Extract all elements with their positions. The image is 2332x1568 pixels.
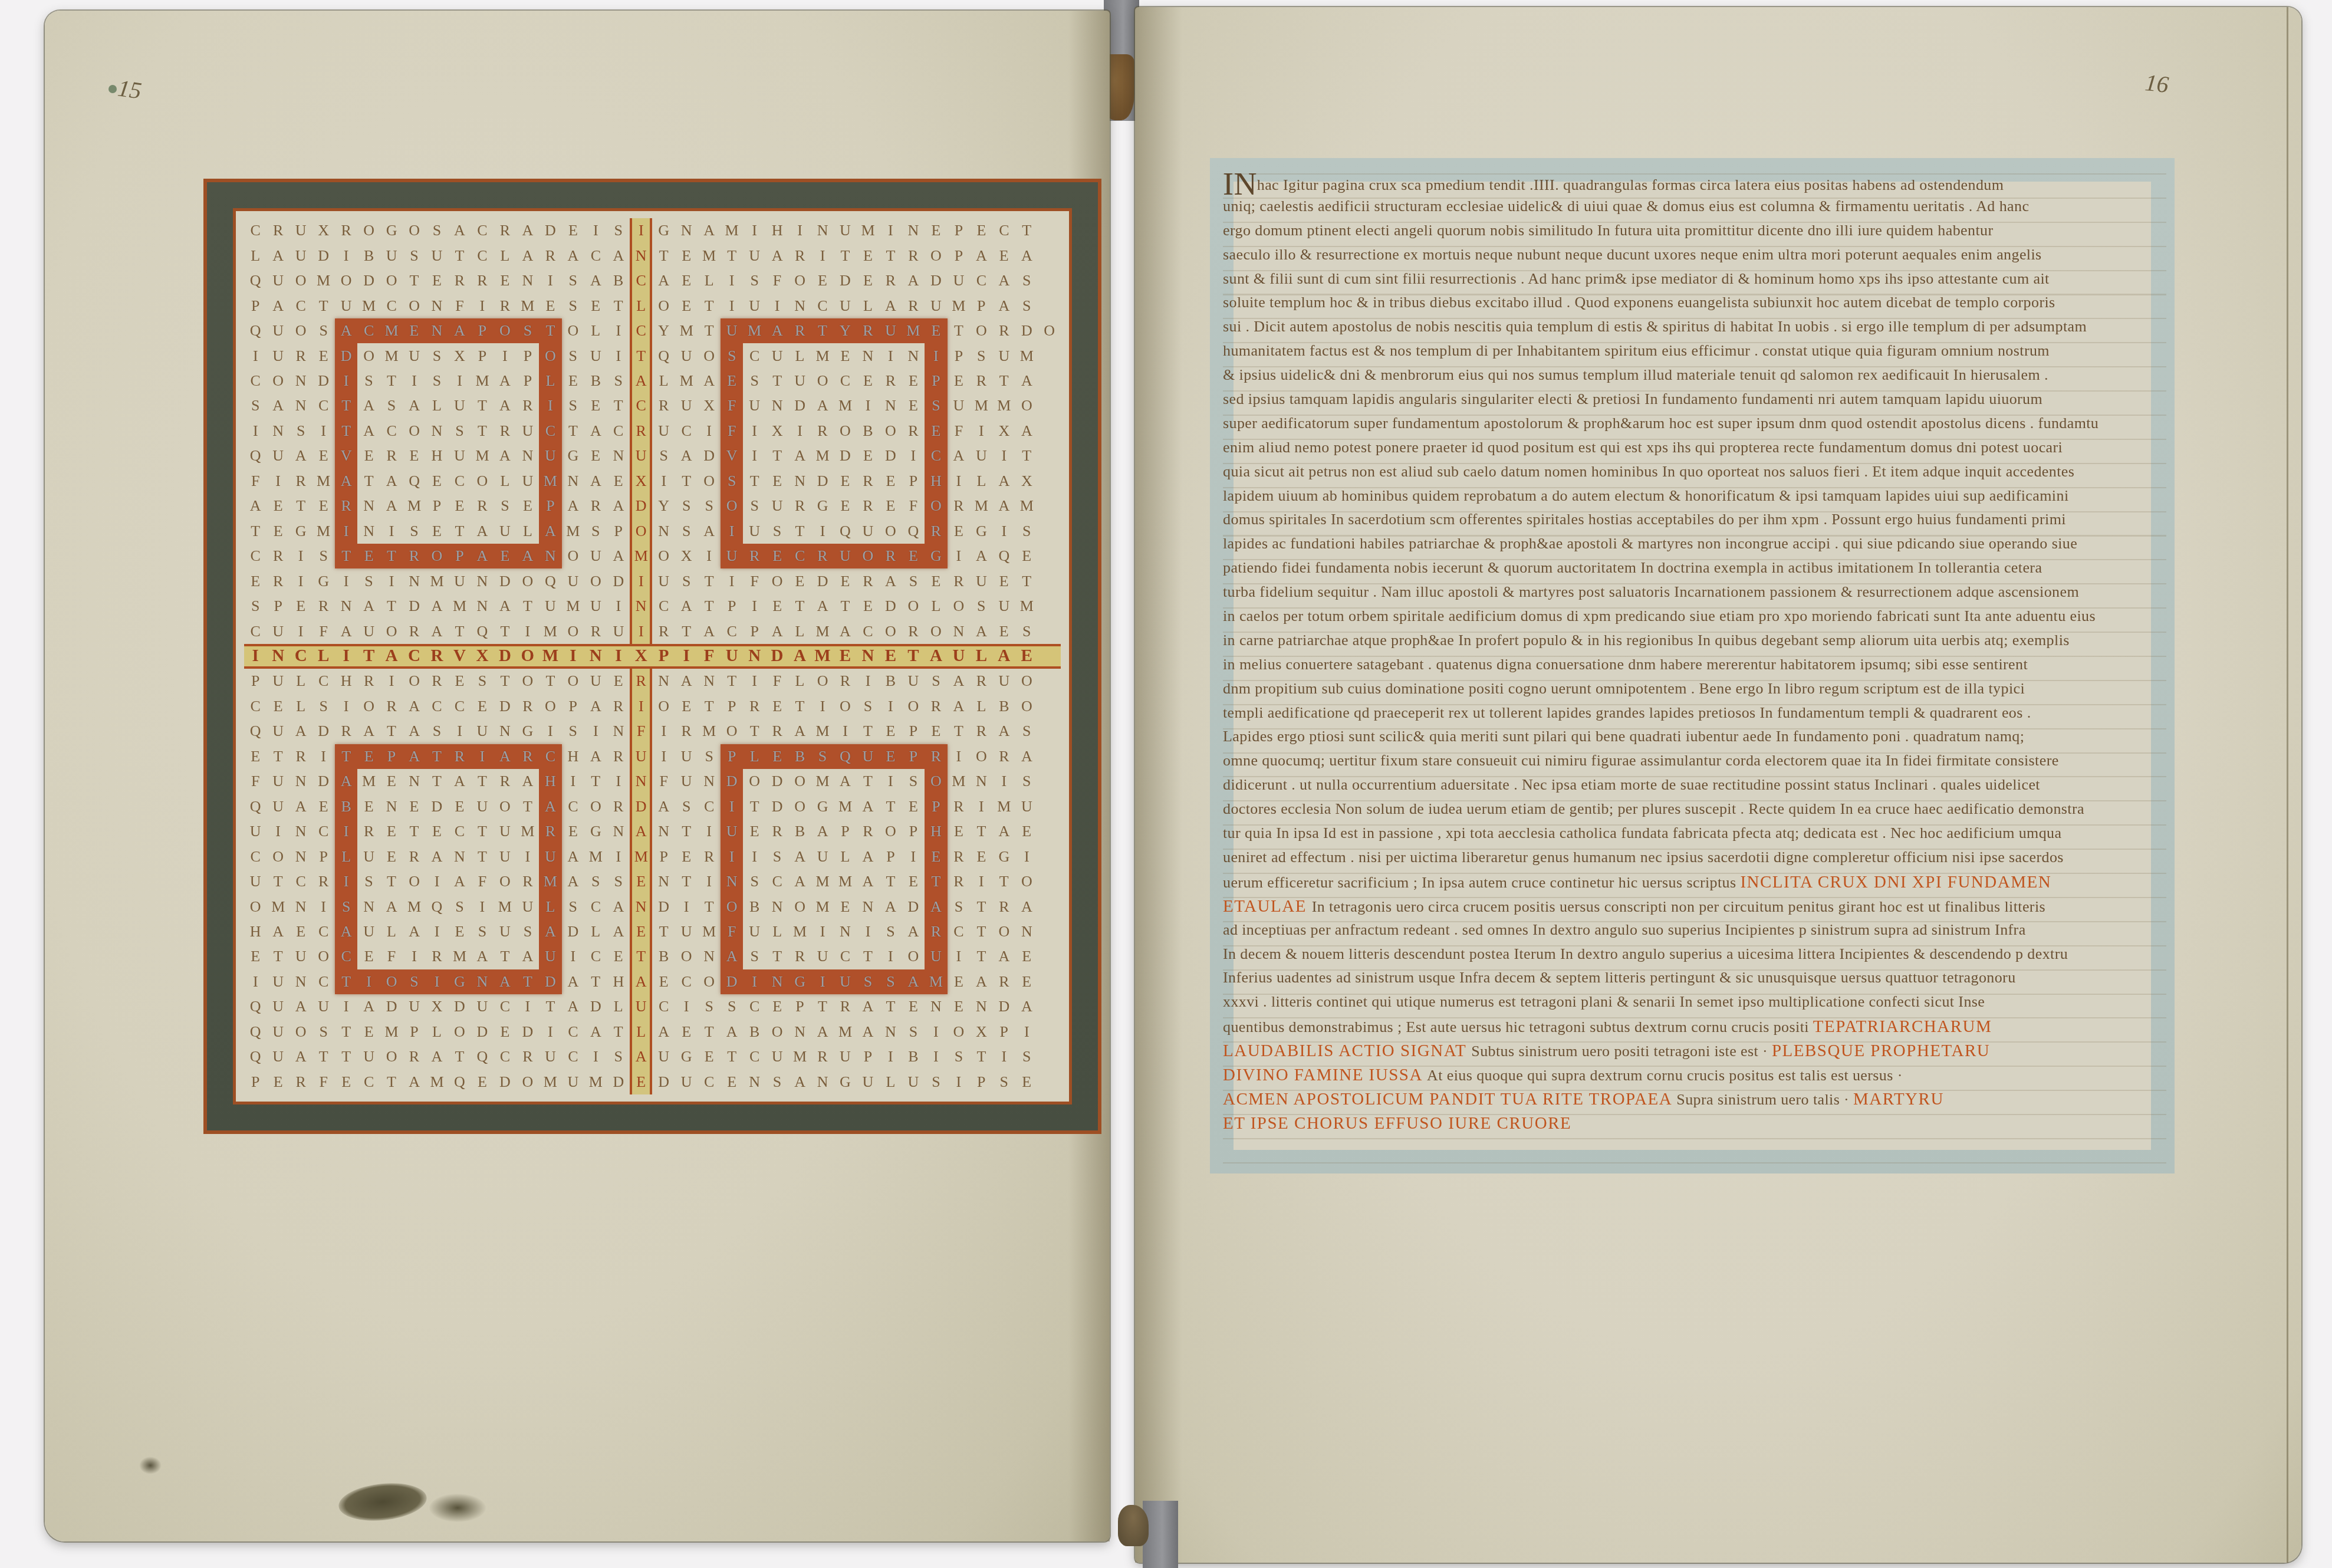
grid-cell: E xyxy=(948,994,970,1019)
grid-cell: S xyxy=(675,494,698,518)
grid-cell: M xyxy=(811,894,834,919)
grid-cell: S xyxy=(925,1070,947,1094)
grid-cell: R xyxy=(607,794,630,819)
grid-cell: U xyxy=(267,794,289,819)
grid-cell: L xyxy=(312,644,334,669)
text-segment: uerum efficeretur sacrificium ; In ipsa … xyxy=(1223,874,1740,891)
grid-cell: A xyxy=(403,393,425,418)
grid-cell: T xyxy=(471,844,494,869)
grid-cell: S xyxy=(766,518,788,543)
grid-cell: Q xyxy=(993,544,1015,568)
text-segment: In decem & nouem litteris descendunt pos… xyxy=(1223,945,2068,962)
grid-cell: A xyxy=(993,268,1015,293)
grid-cell: N xyxy=(426,318,448,343)
grid-cell: O xyxy=(879,819,902,844)
grid-cell: D xyxy=(312,243,334,268)
text-line: doctores ecclesia Non solum de iudea uer… xyxy=(1223,800,2166,824)
grid-cell: O xyxy=(698,969,720,994)
grid-cell: S xyxy=(562,894,584,919)
grid-cell: P xyxy=(426,494,448,518)
grid-cell: I xyxy=(539,393,561,418)
grid-cell: I xyxy=(335,994,357,1019)
grid-cell: T xyxy=(380,369,403,393)
grid-cell: U xyxy=(357,919,380,944)
grid-cell: A xyxy=(1015,369,1038,393)
text-line: patiendo fidei fundamenta nobis iecerunt… xyxy=(1223,559,2166,583)
grid-cell: D xyxy=(471,1020,494,1044)
grid-cell: R xyxy=(948,869,970,894)
grid-cell: G xyxy=(290,518,312,543)
grid-cell: H xyxy=(925,469,947,494)
grid-cell: E xyxy=(811,268,834,293)
grid-cell: L xyxy=(766,919,788,944)
grid-cell: I xyxy=(290,544,312,568)
folio-number-right: 16 xyxy=(2144,68,2170,98)
grid-cell: P xyxy=(948,218,970,243)
grid-cell: E xyxy=(584,293,607,318)
grid-cell: T xyxy=(426,744,448,769)
grid-cell: S xyxy=(403,969,425,994)
grid-cell: R xyxy=(834,669,856,693)
grid-cell: S xyxy=(426,218,448,243)
grid-cell: T xyxy=(721,1044,743,1069)
grid-cell: U xyxy=(766,1044,788,1069)
grid-cell: N xyxy=(448,844,471,869)
text-line: uerum efficeretur sacrificium ; In ipsa … xyxy=(1223,873,2166,897)
grid-cell: C xyxy=(834,369,856,393)
grid-cell: O xyxy=(834,419,856,443)
grid-cell: I xyxy=(721,844,743,869)
grid-cell: A xyxy=(448,769,471,794)
text-segment: At eius quoque qui supra dextrum cornu c… xyxy=(1427,1067,1903,1084)
grid-cell: A xyxy=(380,494,403,518)
grid-cell: T xyxy=(380,594,403,619)
text-line: In decem & nouem litteris descendunt pos… xyxy=(1223,945,2166,969)
grid-cell: T xyxy=(970,819,992,844)
grid-cell: T xyxy=(857,769,879,794)
grid-cell: F xyxy=(630,719,652,744)
grid-cell: N xyxy=(630,243,652,268)
grid-cell: I xyxy=(335,694,357,719)
grid-cell: D xyxy=(312,719,334,744)
grid-cell: A xyxy=(584,694,607,719)
grid-cell: R xyxy=(857,494,879,518)
grid-cell: E xyxy=(312,343,334,368)
grid-cell: S xyxy=(426,343,448,368)
grid-cell: S xyxy=(1015,293,1038,318)
grid-cell: A xyxy=(811,819,834,844)
grid-cell: O xyxy=(788,268,811,293)
grid-cell: R xyxy=(993,318,1015,343)
text-panel: INhac Igitur pagina crux sca pmedium ten… xyxy=(1210,158,2175,1173)
grid-cell: A xyxy=(539,518,561,543)
grid-cell: S xyxy=(357,369,380,393)
grid-cell: E xyxy=(902,994,925,1019)
grid-cell: S xyxy=(244,594,267,619)
grid-cell: U xyxy=(244,819,267,844)
grid-cell: O xyxy=(788,769,811,794)
grid-cell: A xyxy=(494,369,516,393)
grid-cell: Q xyxy=(471,1044,494,1069)
grid-cell: T xyxy=(494,669,516,693)
grid-cell: I xyxy=(698,819,720,844)
grid-cell: E xyxy=(630,919,652,944)
grid-cell: N xyxy=(290,969,312,994)
grid-cell: N xyxy=(584,644,607,669)
grid-cell: C xyxy=(244,544,267,568)
grid-cell: O xyxy=(539,343,561,368)
text-line: xxxvi . litteris continet qui utique num… xyxy=(1223,993,2166,1017)
grid-cell: D xyxy=(834,443,856,468)
grid-cell: C xyxy=(698,1070,720,1094)
grid-cell: R xyxy=(788,944,811,969)
grid-cell: L xyxy=(426,1020,448,1044)
grid-cell: E xyxy=(426,469,448,494)
grid-cell: D xyxy=(448,994,471,1019)
grid-cell: A xyxy=(539,794,561,819)
grid-cell: C xyxy=(380,293,403,318)
grid-cell: B xyxy=(902,1044,925,1069)
grid-cell: U xyxy=(267,268,289,293)
grid-cell: B xyxy=(788,819,811,844)
grid-cell: R xyxy=(970,669,992,693)
grid-cell: E xyxy=(834,894,856,919)
grid-cell: G xyxy=(811,794,834,819)
text-line: ET IPSE CHORUS EFFUSO IURE CRUORE xyxy=(1223,1114,2166,1138)
text-line: templi aedificatione qd praeceperit rex … xyxy=(1223,704,2166,728)
grid-cell: I xyxy=(721,293,743,318)
grid-cell xyxy=(1038,243,1061,268)
grid-cell: I xyxy=(652,469,675,494)
grid-cell: M xyxy=(1015,343,1038,368)
grid-cell: A xyxy=(607,544,630,568)
grid-cell: M xyxy=(471,369,494,393)
grid-cell: X xyxy=(675,544,698,568)
grid-cell: M xyxy=(970,494,992,518)
grid-cell: S xyxy=(562,393,584,418)
grid-cell: A xyxy=(698,518,720,543)
grid-cell: O xyxy=(584,794,607,819)
text-segment: ueniret ad effectum . nisi per uictima l… xyxy=(1223,849,2064,866)
grid-cell: U xyxy=(267,994,289,1019)
grid-cell: A xyxy=(290,794,312,819)
grid-cell: P xyxy=(970,293,992,318)
grid-cell: E xyxy=(448,794,471,819)
grid-cell: I xyxy=(312,744,334,769)
grid-cell: S xyxy=(244,393,267,418)
grid-cell: R xyxy=(403,544,425,568)
grid-cell: U xyxy=(834,544,856,568)
grid-cell: U xyxy=(675,919,698,944)
grid-cell: U xyxy=(743,393,765,418)
grid-cell: O xyxy=(380,268,403,293)
grid-cell: I xyxy=(925,343,947,368)
grid-cell: D xyxy=(426,794,448,819)
grid-cell: A xyxy=(607,894,630,919)
grid-cell: A xyxy=(788,869,811,894)
grid-cell: E xyxy=(857,243,879,268)
grid-cell: O xyxy=(426,544,448,568)
grid-cell: A xyxy=(993,944,1015,969)
grid-cell: O xyxy=(902,694,925,719)
grid-cell: T xyxy=(902,644,925,669)
grid-cell: P xyxy=(721,744,743,769)
grid-cell: O xyxy=(562,619,584,643)
grid-cell: R xyxy=(312,869,334,894)
grid-cell: O xyxy=(494,869,516,894)
text-segment: Subtus sinistrum uero positi tetragoni i… xyxy=(1471,1043,1772,1060)
grid-cell: A xyxy=(403,719,425,744)
grid-cell: D xyxy=(539,218,561,243)
grid-cell: A xyxy=(630,369,652,393)
grid-cell: O xyxy=(357,218,380,243)
grid-cell: R xyxy=(539,819,561,844)
grid-cell: P xyxy=(993,1020,1015,1044)
text-segment: lapidem uiuum ab hominibus quidem reprob… xyxy=(1223,487,2069,504)
grid-cell: T xyxy=(335,544,357,568)
grid-cell: M xyxy=(834,794,856,819)
grid-cell: I xyxy=(743,669,765,693)
grid-cell: E xyxy=(312,494,334,518)
grid-cell: F xyxy=(766,268,788,293)
grid-cell: U xyxy=(857,744,879,769)
grid-cell: M xyxy=(993,794,1015,819)
grid-cell: Q xyxy=(244,268,267,293)
grid-cell: M xyxy=(902,318,925,343)
grid-cell: I xyxy=(902,844,925,869)
grid-cell: P xyxy=(539,494,561,518)
grid-cell: M xyxy=(993,393,1015,418)
grid-cell: E xyxy=(834,568,856,593)
grid-cell: L xyxy=(970,469,992,494)
grid-cell: F xyxy=(766,669,788,693)
grid-cell: O xyxy=(357,343,380,368)
grid-cell: S xyxy=(721,994,743,1019)
grid-cell: S xyxy=(403,518,425,543)
grid-cell: S xyxy=(902,568,925,593)
grid-cell: E xyxy=(1015,544,1038,568)
grid-cell: A xyxy=(652,794,675,819)
grid-cell: T xyxy=(970,944,992,969)
grid-cell: R xyxy=(652,619,675,643)
grid-cell: O xyxy=(403,419,425,443)
grid-cell: U xyxy=(380,243,403,268)
grid-cell: R xyxy=(902,293,925,318)
grid-cell: I xyxy=(335,243,357,268)
grid-cell: G xyxy=(788,969,811,994)
grid-cell: E xyxy=(494,544,516,568)
grid-cell: U xyxy=(743,293,765,318)
text-line: Lapides ergo ptiosi sunt scilic& quia me… xyxy=(1223,728,2166,752)
grid-cell: T xyxy=(788,594,811,619)
text-segment: in melius conuertere satagebant . quaten… xyxy=(1223,656,2028,673)
grid-cell: U xyxy=(925,944,947,969)
grid-cell: N xyxy=(811,1070,834,1094)
text-segment: sed ipsius tamquam lapidis angularis sin… xyxy=(1223,390,2042,407)
grid-cell: S xyxy=(698,494,720,518)
grid-cell: E xyxy=(267,518,289,543)
grid-cell: I xyxy=(539,268,561,293)
grid-cell: C xyxy=(630,268,652,293)
grid-cell: P xyxy=(562,694,584,719)
grid-cell: T xyxy=(403,819,425,844)
grid-cell: A xyxy=(607,243,630,268)
grid-cell: C xyxy=(335,944,357,969)
grid-cell: C xyxy=(698,794,720,819)
grid-cell: U xyxy=(267,1044,289,1069)
grid-cell: P xyxy=(517,343,539,368)
grid-cell: U xyxy=(539,844,561,869)
grid-cell: A xyxy=(290,994,312,1019)
grid-cell: R xyxy=(335,494,357,518)
grid-cell: I xyxy=(652,719,675,744)
grid-cell: L xyxy=(290,694,312,719)
grid-cell: D xyxy=(766,644,788,669)
grid-cell: I xyxy=(380,568,403,593)
grid-cell: S xyxy=(607,369,630,393)
grid-cell: I xyxy=(948,469,970,494)
grid-cell: P xyxy=(607,518,630,543)
grid-cell: O xyxy=(584,568,607,593)
grid-cell: N xyxy=(1015,919,1038,944)
text-line: dnm propitium sub cuius dominatione posi… xyxy=(1223,680,2166,704)
grid-cell: P xyxy=(902,469,925,494)
grid-cell: A xyxy=(357,719,380,744)
grid-cell: N xyxy=(562,469,584,494)
grid-cell: A xyxy=(290,1044,312,1069)
grid-cell: R xyxy=(948,494,970,518)
grid-cell: A xyxy=(857,794,879,819)
grid-cell: P xyxy=(244,669,267,693)
grid-cell: M xyxy=(539,469,561,494)
grid-cell xyxy=(1038,994,1061,1019)
grid-cell: S xyxy=(879,969,902,994)
grid-cell: N xyxy=(426,419,448,443)
grid-cell: U xyxy=(290,218,312,243)
grid-cell: S xyxy=(925,669,947,693)
grid-cell: I xyxy=(380,669,403,693)
letter-grid-area: CRUXROGOSACRADEISIGNAMIHINUMINEPECTLAUDI… xyxy=(244,218,1061,1094)
grid-cell: T xyxy=(380,869,403,894)
grid-cell: I xyxy=(811,969,834,994)
grid-cell: C xyxy=(721,619,743,643)
grid-cell: O xyxy=(788,794,811,819)
grid-cell: A xyxy=(879,568,902,593)
grid-cell: C xyxy=(562,794,584,819)
grid-cell: T xyxy=(357,644,380,669)
grid-cell: A xyxy=(993,644,1015,669)
grid-cell xyxy=(1038,419,1061,443)
grid-cell: O xyxy=(267,369,289,393)
grid-cell: E xyxy=(471,694,494,719)
grid-cell: T xyxy=(698,1020,720,1044)
grid-cell: O xyxy=(721,894,743,919)
grid-cell: I xyxy=(357,969,380,994)
grid-cell: T xyxy=(494,619,516,643)
grid-cell: U xyxy=(357,619,380,643)
grid-cell: U xyxy=(993,669,1015,693)
grid-cell: A xyxy=(788,644,811,669)
grid-cell: I xyxy=(630,694,652,719)
grid-cell: R xyxy=(766,819,788,844)
grid-cell: A xyxy=(357,393,380,418)
grid-cell: N xyxy=(517,268,539,293)
grid-cell: O xyxy=(902,944,925,969)
grid-cell: S xyxy=(857,694,879,719)
grid-cell: I xyxy=(925,1044,947,1069)
grid-cell: T xyxy=(494,944,516,969)
grid-cell: E xyxy=(834,644,856,669)
grid-cell: E xyxy=(834,343,856,368)
grid-cell: M xyxy=(925,969,947,994)
grid-cell: C xyxy=(494,994,516,1019)
grid-cell: T xyxy=(788,518,811,543)
grid-cell: I xyxy=(630,568,652,593)
grid-cell: P xyxy=(403,1020,425,1044)
text-line: soluite templum hoc & in tribus diebus e… xyxy=(1223,294,2166,318)
grid-cell: D xyxy=(335,343,357,368)
grid-cell: R xyxy=(857,819,879,844)
grid-cell xyxy=(1038,443,1061,468)
grid-cell: T xyxy=(698,318,720,343)
grid-cell: E xyxy=(766,994,788,1019)
grid-cell: U xyxy=(811,844,834,869)
grid-cell: N xyxy=(357,518,380,543)
grid-cell: M xyxy=(312,268,334,293)
grid-cell: A xyxy=(584,469,607,494)
grid-cell: H xyxy=(426,443,448,468)
text-segment: sui . Dicit autem apostolus de nobis nes… xyxy=(1223,318,2087,335)
grid-cell: F xyxy=(312,619,334,643)
text-line: Inferius uadentes ad sinistrum usque Inf… xyxy=(1223,969,2166,993)
rubric-segment: TEPATRIARCHARUM xyxy=(1813,1017,1992,1036)
grid-cell: R xyxy=(267,568,289,593)
grid-cell: U xyxy=(290,243,312,268)
grid-cell: R xyxy=(584,619,607,643)
grid-cell: H xyxy=(335,669,357,693)
grid-cell: T xyxy=(335,1020,357,1044)
grid-cell: D xyxy=(403,594,425,619)
grid-cell: A xyxy=(879,293,902,318)
grid-cell: R xyxy=(517,393,539,418)
grid-cell: T xyxy=(1015,443,1038,468)
grid-cell: I xyxy=(335,819,357,844)
grid-cell: A xyxy=(517,944,539,969)
grid-cell: I xyxy=(335,869,357,894)
grid-cell: P xyxy=(244,1070,267,1094)
grid-cell: T xyxy=(335,393,357,418)
grid-cell: A xyxy=(290,719,312,744)
grid-cell: N xyxy=(357,494,380,518)
grid-cell: E xyxy=(562,819,584,844)
grid-cell: Y xyxy=(652,318,675,343)
grid-cell: S xyxy=(721,469,743,494)
grid-cell: M xyxy=(403,894,425,919)
ink-speck xyxy=(108,85,117,93)
grid-cell: E xyxy=(630,869,652,894)
grid-cell: U xyxy=(584,594,607,619)
rubric-segment: DIVINO FAMINE IUSSA xyxy=(1223,1066,1427,1084)
grid-cell: U xyxy=(652,1044,675,1069)
grid-cell xyxy=(1038,819,1061,844)
grid-cell: L xyxy=(584,919,607,944)
grid-cell: N xyxy=(290,769,312,794)
grid-cell: E xyxy=(721,1070,743,1094)
grid-cell: I xyxy=(471,744,494,769)
grid-cell: I xyxy=(857,919,879,944)
grid-cell: E xyxy=(426,268,448,293)
grid-cell: E xyxy=(335,1070,357,1094)
